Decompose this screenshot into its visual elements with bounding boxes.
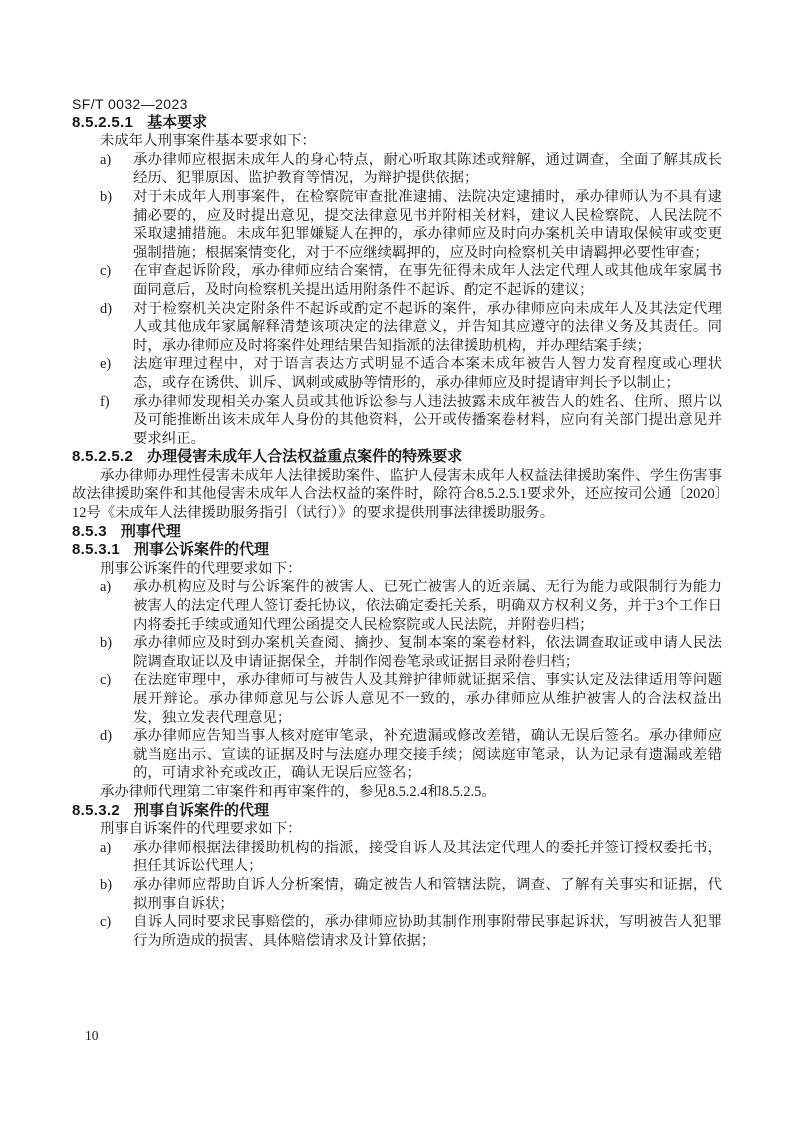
item-text: 在法庭审理中，承办律师可与被告人及其辩护律师就证据采信、事实认定及法律适用等问题… bbox=[133, 671, 722, 727]
item-text: 承办律师发现相关办案人员或其他诉讼参与人违法披露未成年被告人的姓名、住所、照片以… bbox=[133, 393, 722, 449]
clause-title: 基本要求 bbox=[147, 114, 207, 131]
clause-number: 8.5.2.5.2 bbox=[72, 448, 133, 465]
clause-title: 刑事公诉案件的代理 bbox=[134, 541, 269, 558]
item-label: a) bbox=[100, 151, 111, 170]
item-label: a) bbox=[100, 578, 111, 597]
page-number: 10 bbox=[85, 1028, 99, 1044]
item-label: b) bbox=[100, 188, 112, 207]
clause-number: 8.5.3 bbox=[72, 523, 107, 540]
item-label: c) bbox=[100, 262, 111, 281]
list-item: e) 法庭审理过程中，对于语言表达方式明显不适合本案未成年被告人智力发育程度或心… bbox=[72, 355, 722, 392]
document-page: SF/T 0032—2023 8.5.2.5.1基本要求 未成年人刑事案件基本要… bbox=[0, 0, 794, 1122]
clause-title: 刑事代理 bbox=[121, 523, 181, 540]
list-intro: 刑事公诉案件的代理要求如下： bbox=[72, 560, 722, 579]
clause-heading-private-prosecution: 8.5.3.2刑事自诉案件的代理 bbox=[72, 802, 722, 821]
body-paragraph: 承办律师办理性侵害未成年人法律援助案件、监护人侵害未成年人权益法律援助案件、学生… bbox=[72, 467, 722, 523]
list-item: a) 承办机构应及时与公诉案件的被害人、已死亡被害人的近亲属、无行为能力或限制行… bbox=[72, 578, 722, 634]
list-item: c) 在审查起诉阶段，承办律师应结合案情，在事先征得未成年人法定代理人或其他成年… bbox=[72, 262, 722, 299]
item-label: d) bbox=[100, 727, 112, 746]
item-text: 承办律师根据法律援助机构的指派，接受自诉人及其法定代理人的委托并签订授权委托书，… bbox=[133, 839, 722, 876]
requirement-list-public-prosecution: a) 承办机构应及时与公诉案件的被害人、已死亡被害人的近亲属、无行为能力或限制行… bbox=[72, 578, 722, 783]
list-item: d) 承办律师应告知当事人核对庭审笔录，补充遗漏或修改差错，确认无误后签名。承办… bbox=[72, 727, 722, 783]
item-label: c) bbox=[100, 671, 111, 690]
clause-number: 8.5.2.5.1 bbox=[72, 114, 133, 131]
list-item: a) 承办律师根据法律援助机构的指派，接受自诉人及其法定代理人的委托并签订授权委… bbox=[72, 839, 722, 876]
item-text: 自诉人同时要求民事赔偿的，承办律师应协助其制作刑事附带民事起诉状，写明被告人犯罪… bbox=[133, 913, 722, 950]
list-item: c) 在法庭审理中，承办律师可与被告人及其辩护律师就证据采信、事实认定及法律适用… bbox=[72, 671, 722, 727]
item-label: b) bbox=[100, 634, 112, 653]
list-item: d) 对于检察机关决定附条件不起诉或酌定不起诉的案件，承办律师应向未成年人及其法… bbox=[72, 300, 722, 356]
item-text: 承办律师应帮助自诉人分析案情，确定被告人和管辖法院，调查、了解有关事实和证据，代… bbox=[133, 876, 722, 913]
item-text: 承办律师应根据未成年人的身心特点，耐心听取其陈述或辩解，通过调查，全面了解其成长… bbox=[133, 151, 722, 188]
requirement-list-basic: a) 承办律师应根据未成年人的身心特点，耐心听取其陈述或辩解，通过调查，全面了解… bbox=[72, 151, 722, 449]
list-item: b) 对于未成年人刑事案件，在检察院审查批准逮捕、法院决定逮捕时，承办律师认为不… bbox=[72, 188, 722, 262]
item-text: 法庭审理过程中，对于语言表达方式明显不适合本案未成年被告人智力发育程度或心理状态… bbox=[133, 355, 722, 392]
list-intro: 刑事自诉案件的代理要求如下： bbox=[72, 820, 722, 839]
item-text: 对于未成年人刑事案件，在检察院审查批准逮捕、法院决定逮捕时，承办律师认为不具有逮… bbox=[133, 188, 722, 262]
item-label: e) bbox=[100, 355, 111, 374]
clause-number: 8.5.3.1 bbox=[72, 541, 120, 558]
list-item: b) 承办律师应帮助自诉人分析案情，确定被告人和管辖法院，调查、了解有关事实和证… bbox=[72, 876, 722, 913]
item-label: b) bbox=[100, 876, 112, 895]
list-intro: 未成年人刑事案件基本要求如下： bbox=[72, 132, 722, 151]
item-text: 承办机构应及时与公诉案件的被害人、已死亡被害人的近亲属、无行为能力或限制行为能力… bbox=[133, 578, 722, 634]
list-item: c) 自诉人同时要求民事赔偿的，承办律师应协助其制作刑事附带民事起诉状，写明被告… bbox=[72, 913, 722, 950]
clause-heading-public-prosecution: 8.5.3.1刑事公诉案件的代理 bbox=[72, 541, 722, 560]
item-text: 对于检察机关决定附条件不起诉或酌定不起诉的案件，承办律师应向未成年人及其法定代理… bbox=[133, 300, 722, 356]
clause-heading-criminal-agency: 8.5.3刑事代理 bbox=[72, 523, 722, 542]
item-label: a) bbox=[100, 839, 111, 858]
item-text: 承办律师应及时到办案机关查阅、摘抄、复制本案的案卷材料，依法调查取证或申请人民法… bbox=[133, 634, 722, 671]
list-item: b) 承办律师应及时到办案机关查阅、摘抄、复制本案的案卷材料，依法调查取证或申请… bbox=[72, 634, 722, 671]
item-label: d) bbox=[100, 300, 112, 319]
clause-number: 8.5.3.2 bbox=[72, 802, 120, 819]
item-label: c) bbox=[100, 913, 111, 932]
requirement-list-private-prosecution: a) 承办律师根据法律援助机构的指派，接受自诉人及其法定代理人的委托并签订授权委… bbox=[72, 839, 722, 951]
clause-heading-special-requirements: 8.5.2.5.2办理侵害未成年人合法权益重点案件的特殊要求 bbox=[72, 448, 722, 467]
list-outro: 承办律师代理第二审案件和再审案件的，参见8.5.2.4和8.5.2.5。 bbox=[72, 783, 722, 802]
list-item: f) 承办律师发现相关办案人员或其他诉讼参与人违法披露未成年被告人的姓名、住所、… bbox=[72, 393, 722, 449]
item-label: f) bbox=[100, 393, 110, 412]
document-code-header: SF/T 0032—2023 bbox=[72, 95, 722, 114]
item-text: 承办律师应告知当事人核对庭审笔录，补充遗漏或修改差错，确认无误后签名。承办律师应… bbox=[133, 727, 722, 783]
page-content: SF/T 0032—2023 8.5.2.5.1基本要求 未成年人刑事案件基本要… bbox=[72, 95, 722, 950]
clause-heading-basic-requirements: 8.5.2.5.1基本要求 bbox=[72, 114, 722, 133]
clause-title: 刑事自诉案件的代理 bbox=[134, 802, 269, 819]
item-text: 在审查起诉阶段，承办律师应结合案情，在事先征得未成年人法定代理人或其他成年家属书… bbox=[133, 262, 722, 299]
list-item: a) 承办律师应根据未成年人的身心特点，耐心听取其陈述或辩解，通过调查，全面了解… bbox=[72, 151, 722, 188]
clause-title: 办理侵害未成年人合法权益重点案件的特殊要求 bbox=[147, 448, 462, 465]
